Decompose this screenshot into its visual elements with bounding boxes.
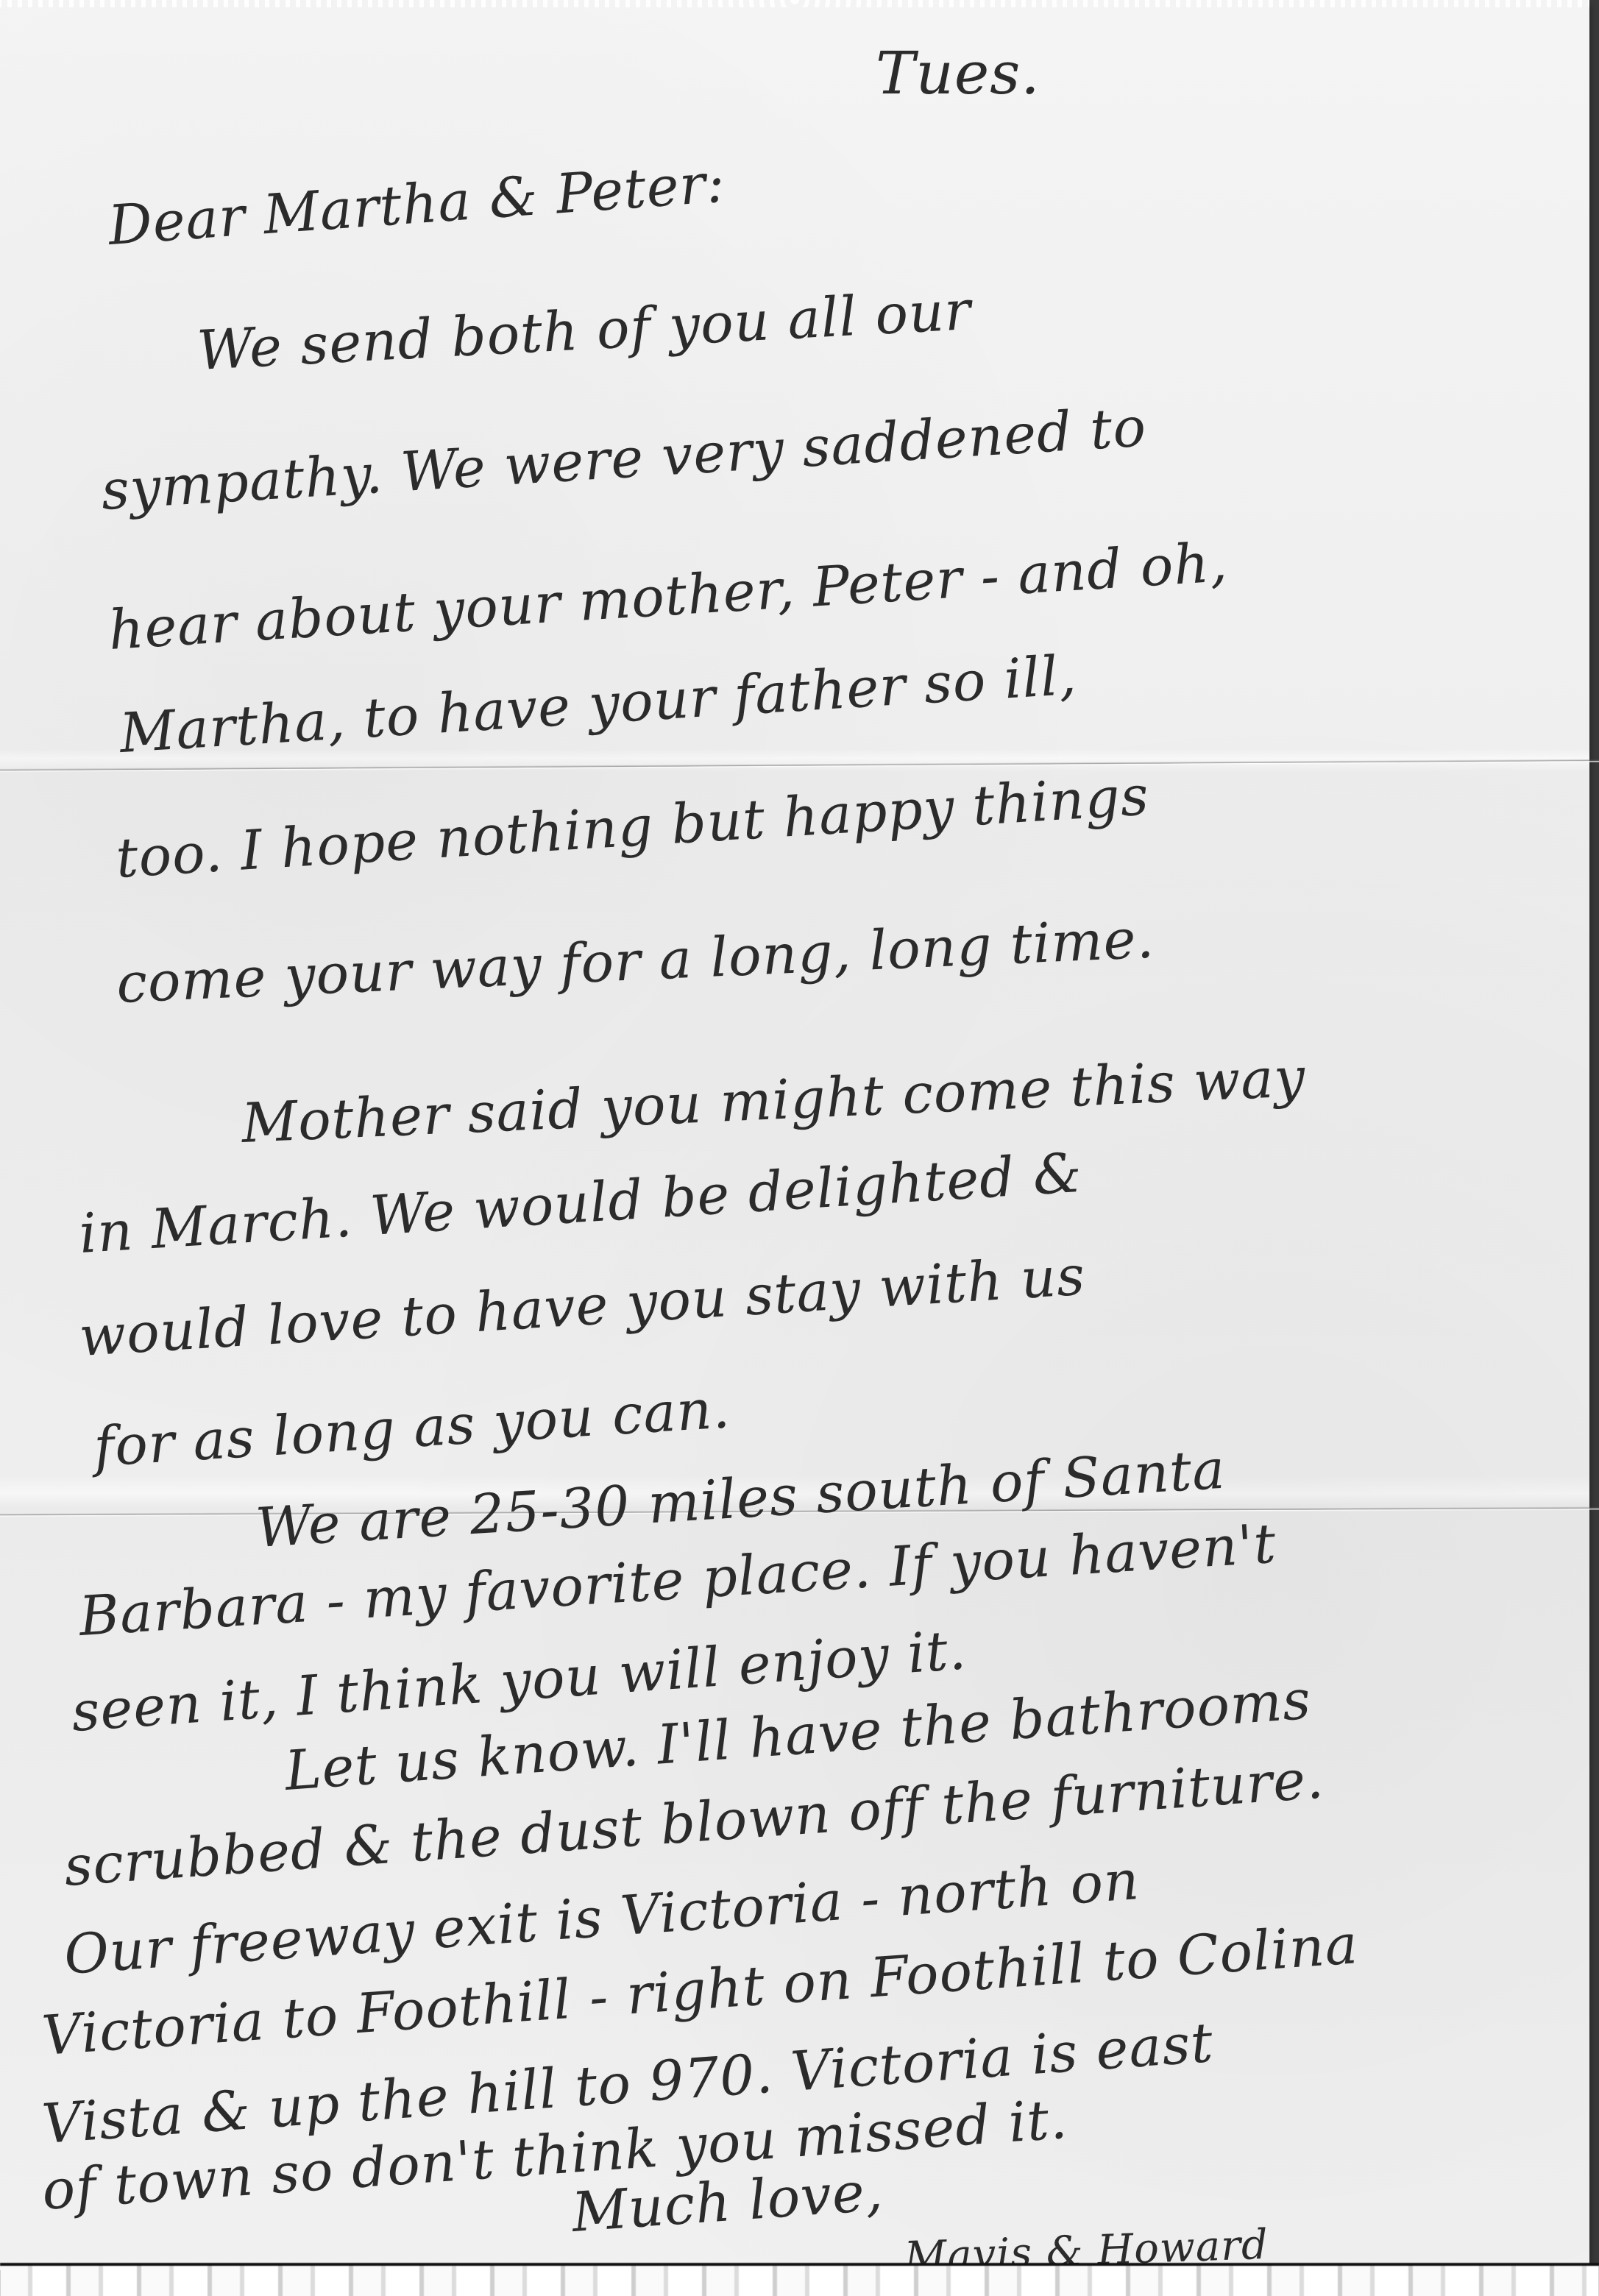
letter-line: hear about your mother, Peter - and oh, xyxy=(107,535,1229,658)
fold-crease-upper xyxy=(0,759,1599,772)
deckled-top-edge xyxy=(0,0,1589,7)
deckled-bottom-edge xyxy=(0,2263,1599,2296)
letter-line: in March. We would be delighted & xyxy=(77,1146,1083,1261)
letter-date: Tues. xyxy=(876,44,1040,103)
letter-line: would love to have you stay with us xyxy=(77,1249,1086,1364)
letter-line: come your way for a long, long time. xyxy=(116,911,1156,1011)
letter-paper: Tues. Dear Martha & Peter: We send both … xyxy=(0,0,1589,2270)
letter-line: Martha, to have your father so ill, xyxy=(118,648,1078,761)
letter-line: for as long as you can. xyxy=(92,1381,731,1475)
letter-line: We send both of you all our xyxy=(196,283,973,378)
letter-salutation: Dear Martha & Peter: xyxy=(107,156,727,253)
letter-line: Mother said you might come this way xyxy=(241,1050,1307,1151)
letter-line: too. I hope nothing but happy things xyxy=(114,768,1150,886)
letter-line: sympathy. We were very saddened to xyxy=(99,400,1147,518)
